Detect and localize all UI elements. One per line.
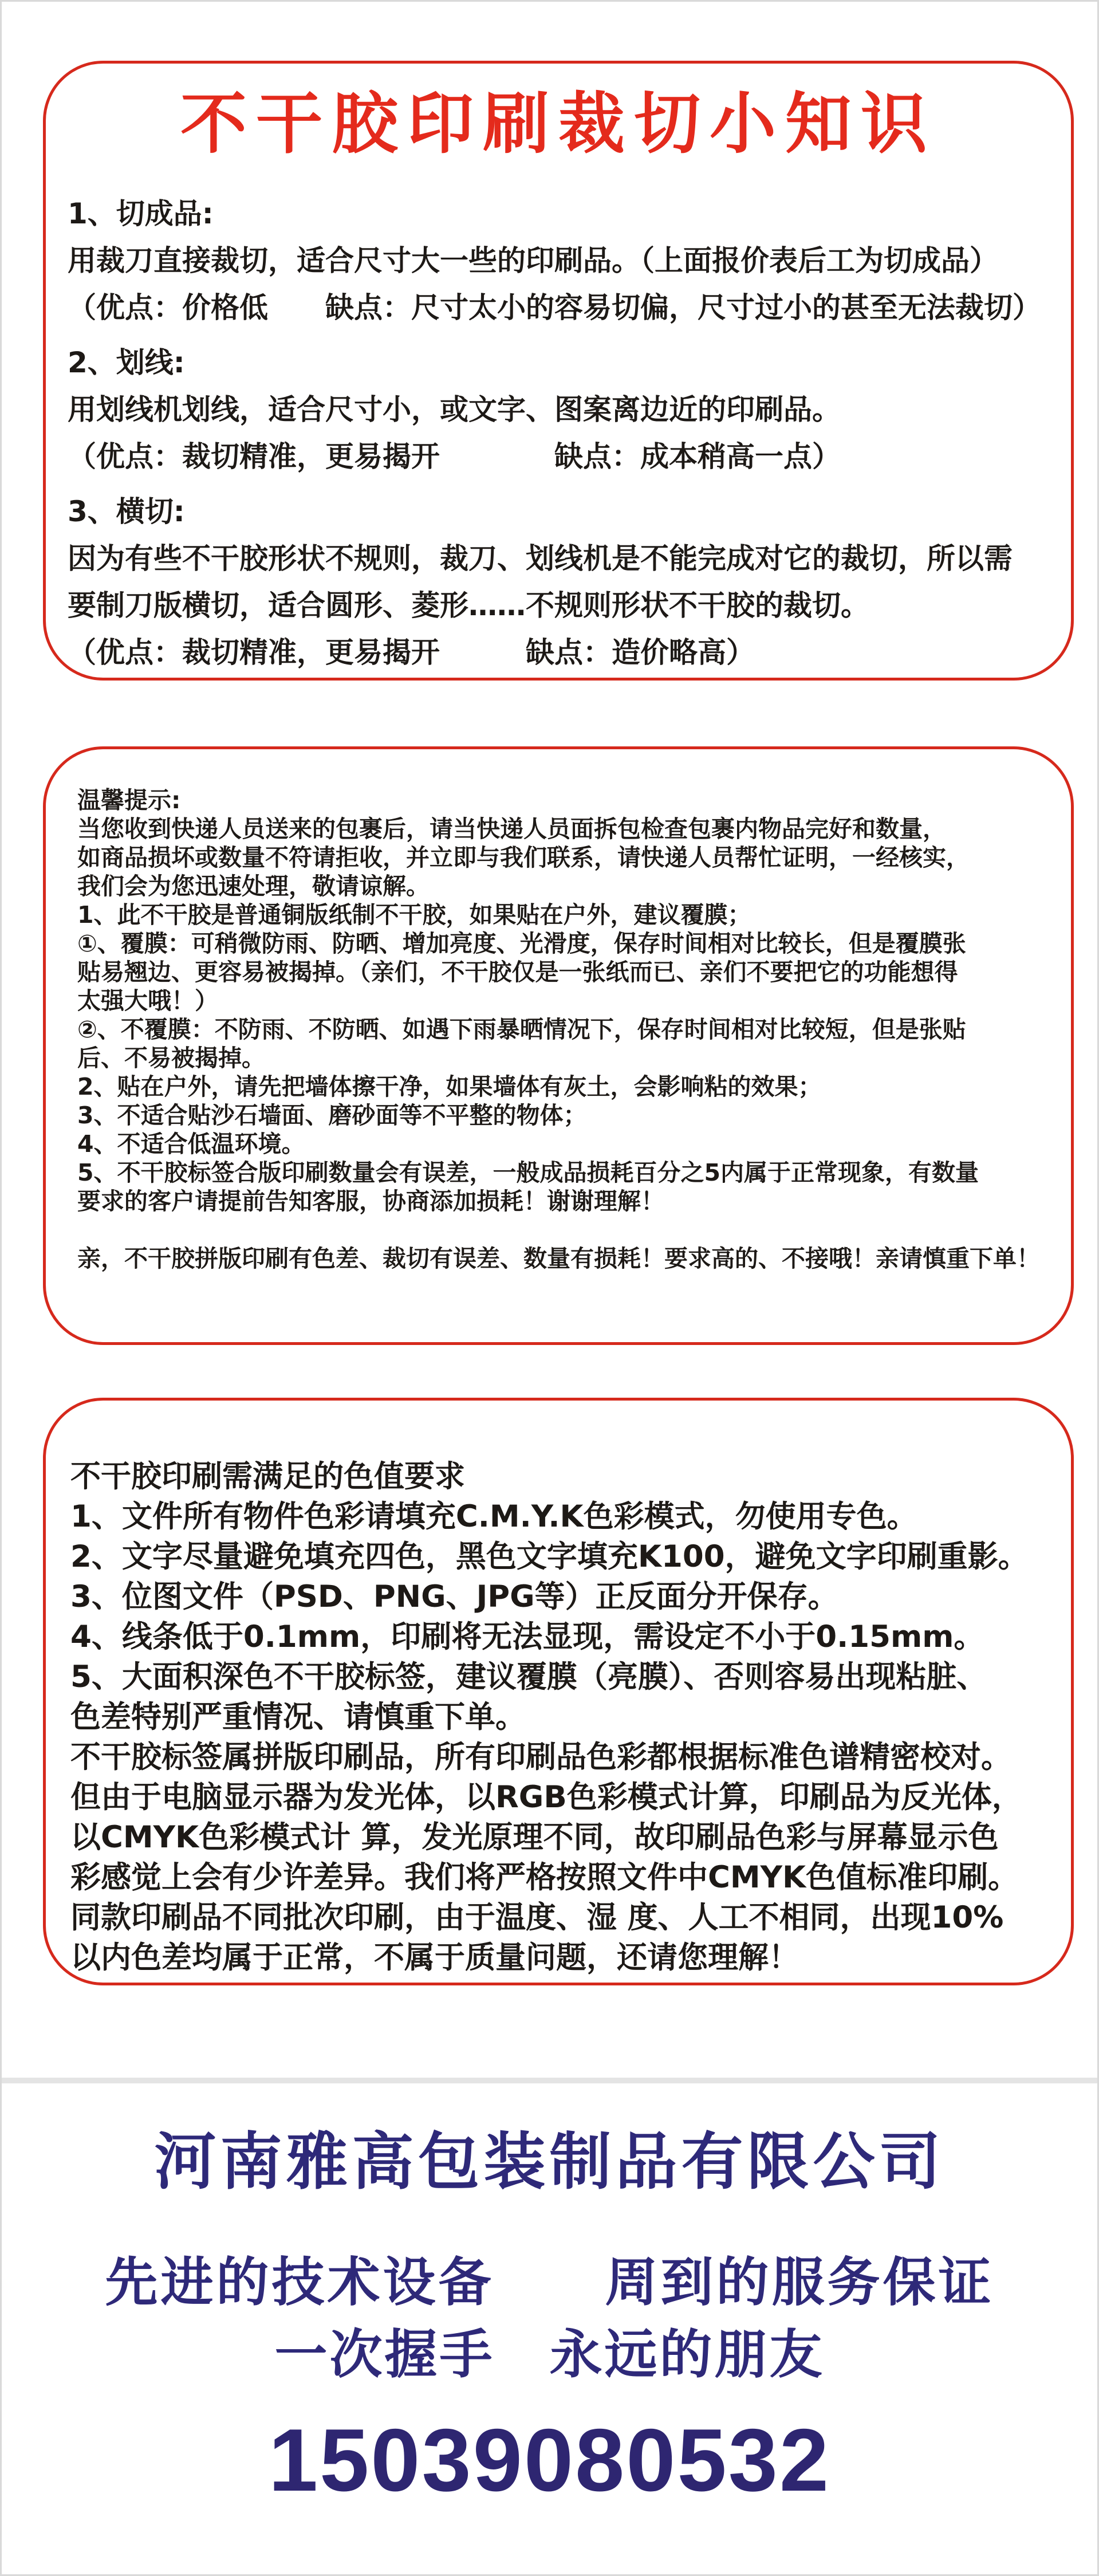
section-divider xyxy=(2,2078,1097,2083)
tips-line: 3、不适合贴沙石墙面、磨砂面等不平整的物体； xyxy=(77,1101,1054,1130)
section-scribing: 2、划线: 用划线机划线，适合尺寸小，或文字、图案离边近的印刷品。 （优点：裁切… xyxy=(68,339,1054,480)
section-heading: 3、横切: xyxy=(68,488,1054,535)
section-line: （优点：价格低 缺点：尺寸太小的容易切偏，尺寸过小的甚至无法裁切） xyxy=(68,284,1054,331)
tips-line: 如商品损坏或数量不符请拒收，并立即与我们联系，请快递人员帮忙证明，一经核实， xyxy=(77,843,1054,872)
section-cut-finished: 1、切成品: 用裁刀直接裁切，适合尺寸大一些的印刷品。（上面报价表后工为切成品）… xyxy=(68,190,1054,331)
phone-number: 15039080532 xyxy=(2,2414,1097,2506)
notice-page: 不干胶印刷裁切小知识 1、切成品: 用裁刀直接裁切，适合尺寸大一些的印刷品。（上… xyxy=(0,0,1099,2576)
slogan-equipment-service: 先进的技术设备 周到的服务保证 xyxy=(2,2254,1097,2311)
warm-tips-box: 温馨提示: 当您收到快递人员送来的包裹后，请当快递人员面拆包检查包裹内物品完好和… xyxy=(43,746,1074,1345)
requirements-line: 以CMYK色彩模式计 算，发光原理不同，故印刷品色彩与屏幕显示色 xyxy=(70,1818,1054,1858)
requirements-line: 4、线条低于0.1mm，印刷将无法显现，需设定不小于0.15mm。 xyxy=(70,1617,1054,1657)
requirements-line: 不干胶标签属拼版印刷品，所有印刷品色彩都根据标准色谱精密校对。 xyxy=(70,1737,1054,1777)
section-line: 用裁刀直接裁切，适合尺寸大一些的印刷品。（上面报价表后工为切成品） xyxy=(68,237,1054,284)
slogan-handshake-friends: 一次握手 永远的朋友 xyxy=(2,2326,1097,2384)
section-line: 用划线机划线，适合尺寸小，或文字、图案离边近的印刷品。 xyxy=(68,386,1054,433)
section-heading: 2、划线: xyxy=(68,339,1054,386)
tips-line: 4、不适合低温环境。 xyxy=(77,1130,1054,1158)
page-title: 不干胶印刷裁切小知识 xyxy=(46,90,1071,159)
requirements-line: 彩感觉上会有少许差异。我们将严格按照文件中CMYK色值标准印刷。 xyxy=(70,1858,1054,1898)
requirements-line: 2、文字尽量避免填充四色，黑色文字填充K100，避免文字印刷重影。 xyxy=(70,1537,1054,1577)
section-line: （优点：裁切精准，更易揭开 缺点：造价略高） xyxy=(68,629,1054,676)
tips-line: ①、覆膜：可稍微防雨、防晒、增加亮度、光滑度，保存时间相对比较长，但是覆膜张 xyxy=(77,929,1054,958)
tips-line: 后、不易被揭掉。 xyxy=(77,1044,1054,1072)
cutting-knowledge-content: 1、切成品: 用裁刀直接裁切，适合尺寸大一些的印刷品。（上面报价表后工为切成品）… xyxy=(46,190,1071,676)
tips-warning-line: 亲，不干胶拼版印刷有色差、裁切有误差、数量有损耗！要求高的、不接哦！亲请慎重下单… xyxy=(77,1244,1054,1273)
section-line: 因为有些不干胶形状不规则，裁刀、划线机是不能完成对它的裁切，所以需 xyxy=(68,535,1054,582)
requirements-line: 但由于电脑显示器为发光体，以RGB色彩模式计算，印刷品为反光体， xyxy=(70,1777,1054,1818)
tips-line: 当您收到快递人员送来的包裹后，请当快递人员面拆包检查包裹内物品完好和数量， xyxy=(77,815,1054,843)
tips-line: ②、不覆膜：不防雨、不防晒、如遇下雨暴晒情况下，保存时间相对比较短，但是张贴 xyxy=(77,1015,1054,1044)
tips-line: 我们会为您迅速处理，敬请谅解。 xyxy=(77,872,1054,900)
tips-line: 5、不干胶标签合版印刷数量会有误差，一般成品损耗百分之5内属于正常现象，有数量 xyxy=(77,1158,1054,1187)
tips-line: 2、贴在户外，请先把墙体擦干净，如果墙体有灰土，会影响粘的效果； xyxy=(77,1072,1054,1101)
requirements-line: 1、文件所有物件色彩请填充C.M.Y.K色彩模式，勿使用专色。 xyxy=(70,1497,1054,1537)
company-name: 河南雅高包装制品有限公司 xyxy=(2,2128,1097,2197)
color-requirements-box: 不干胶印刷需满足的色值要求 1、文件所有物件色彩请填充C.M.Y.K色彩模式，勿… xyxy=(43,1398,1074,1985)
tips-line: 贴易翘边、更容易被揭掉。（亲们，不干胶仅是一张纸而已、亲们不要把它的功能想得 xyxy=(77,958,1054,986)
section-heading: 1、切成品: xyxy=(68,190,1054,237)
section-crosscut: 3、横切: 因为有些不干胶形状不规则，裁刀、划线机是不能完成对它的裁切，所以需 … xyxy=(68,488,1054,676)
warm-tips-content: 温馨提示: 当您收到快递人员送来的包裹后，请当快递人员面拆包检查包裹内物品完好和… xyxy=(46,749,1071,1273)
tips-heading: 温馨提示: xyxy=(77,786,1054,815)
requirements-line: 同款印刷品不同批次印刷，由于温度、湿 度、人工不相同，出现10% xyxy=(70,1898,1054,1938)
tips-line: 太强大哦！） xyxy=(77,986,1054,1015)
requirements-line: 3、位图文件（PSD、PNG、JPG等）正反面分开保存。 xyxy=(70,1577,1054,1617)
tips-line: 1、此不干胶是普通铜版纸制不干胶，如果贴在户外，建议覆膜； xyxy=(77,900,1054,929)
tips-line: 要求的客户请提前告知客服，协商添加损耗！谢谢理解！ xyxy=(77,1187,1054,1216)
requirements-line: 色差特别严重情况、请慎重下单。 xyxy=(70,1697,1054,1737)
color-requirements-content: 不干胶印刷需满足的色值要求 1、文件所有物件色彩请填充C.M.Y.K色彩模式，勿… xyxy=(46,1401,1071,1978)
requirements-line: 5、大面积深色不干胶标签，建议覆膜（亮膜）、否则容易出现粘脏、 xyxy=(70,1657,1054,1697)
requirements-heading: 不干胶印刷需满足的色值要求 xyxy=(70,1457,1054,1497)
cutting-knowledge-box: 不干胶印刷裁切小知识 1、切成品: 用裁刀直接裁切，适合尺寸大一些的印刷品。（上… xyxy=(43,61,1074,681)
section-line: （优点：裁切精准，更易揭开 缺点：成本稍高一点） xyxy=(68,433,1054,480)
requirements-line: 以内色差均属于正常，不属于质量问题，还请您理解！ xyxy=(70,1938,1054,1978)
section-line: 要制刀版横切，适合圆形、菱形……不规则形状不干胶的裁切。 xyxy=(68,582,1054,629)
